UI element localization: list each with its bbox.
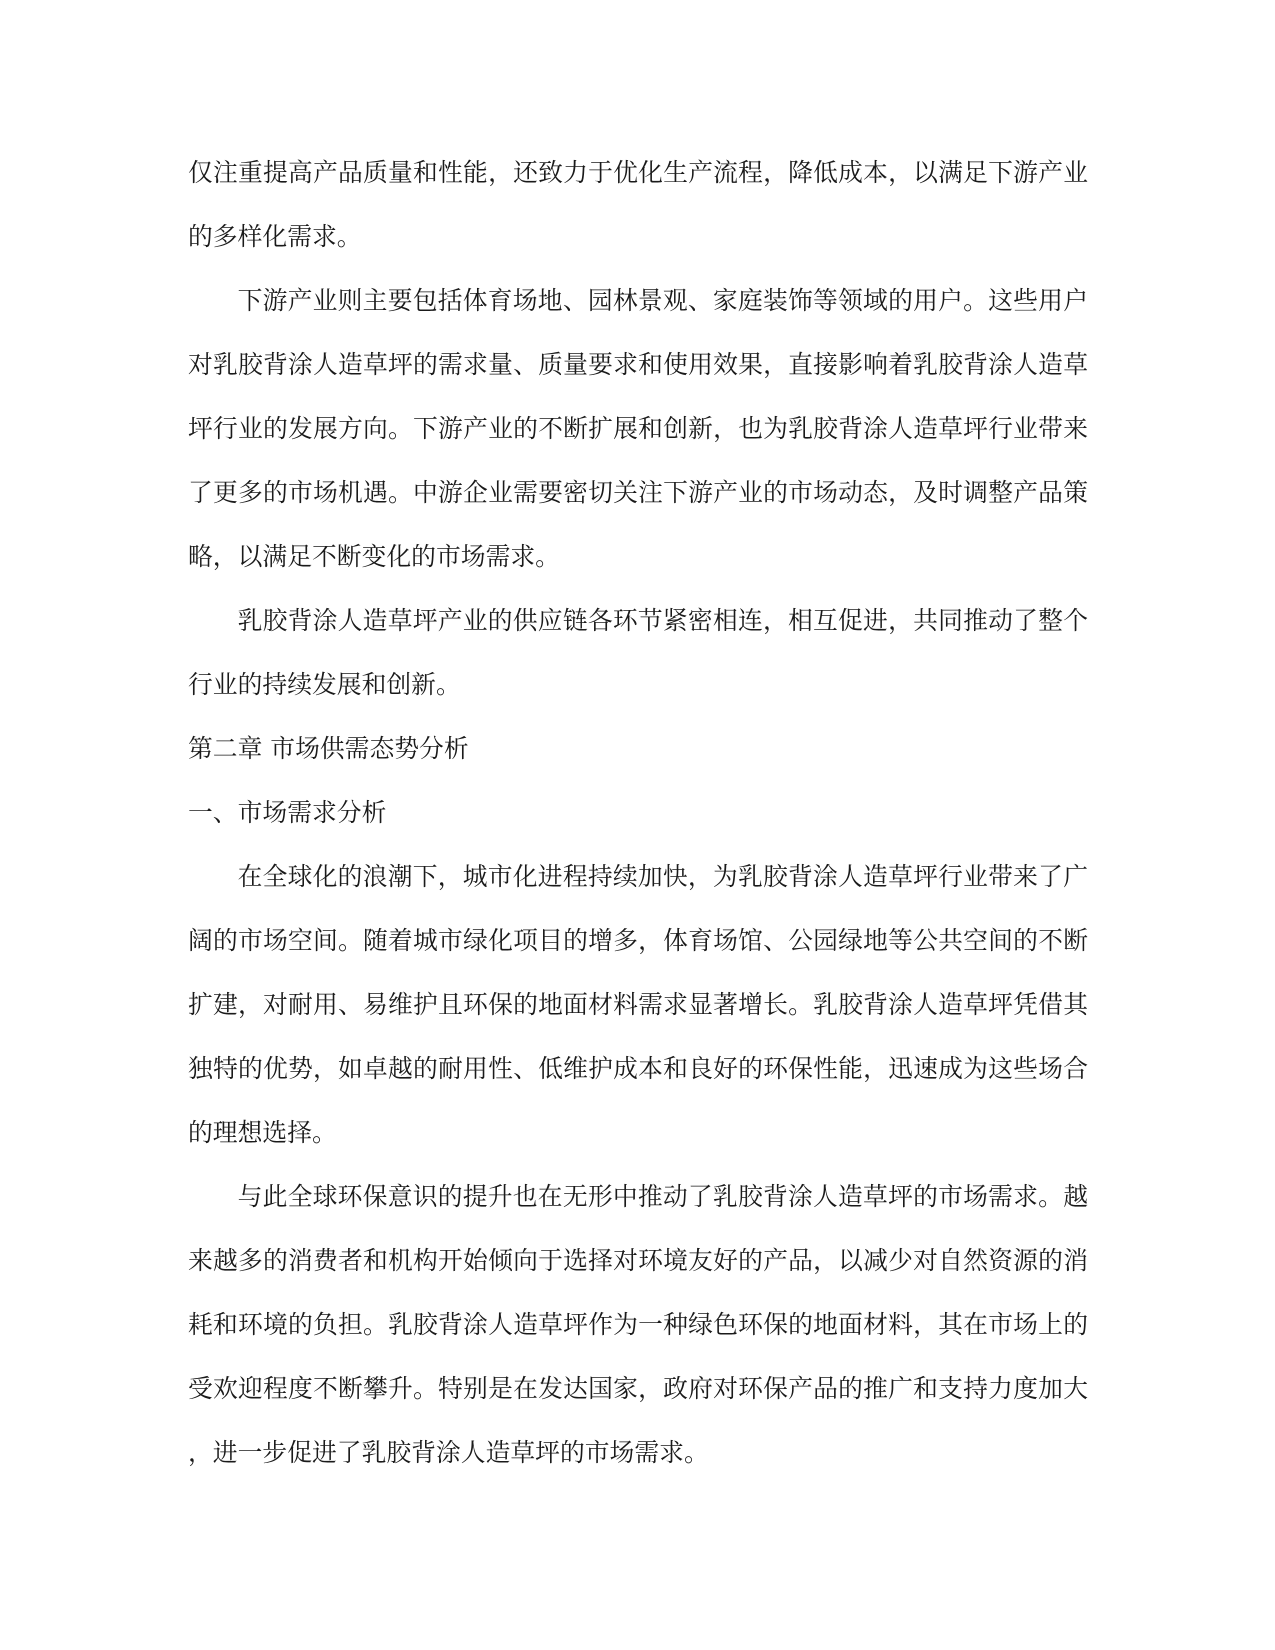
chapter-heading: 第二章 市场供需态势分析 <box>188 717 1088 781</box>
body-text-line: 在全球化的浪潮下，城市化进程持续加快，为乳胶背涂人造草坪行业带来了广 <box>188 845 1088 909</box>
body-text-line: 对乳胶背涂人造草坪的需求量、质量要求和使用效果，直接影响着乳胶背涂人造草 <box>188 333 1088 397</box>
body-text-line: ，进一步促进了乳胶背涂人造草坪的市场需求。 <box>188 1421 1088 1485</box>
text-column: 仅注重提高产品质量和性能，还致力于优化生产流程，降低成本，以满足下游产业 的多样… <box>188 141 1088 1485</box>
body-text-line: 行业的持续发展和创新。 <box>188 653 1088 717</box>
paragraph-market-demand-environment: 与此全球环保意识的提升也在无形中推动了乳胶背涂人造草坪的市场需求。越 来越多的消… <box>188 1165 1088 1485</box>
body-text-line: 扩建，对耐用、易维护且环保的地面材料需求显著增长。乳胶背涂人造草坪凭借其 <box>188 973 1088 1037</box>
body-text-line: 的理想选择。 <box>188 1101 1088 1165</box>
document-page: 仅注重提高产品质量和性能，还致力于优化生产流程，降低成本，以满足下游产业 的多样… <box>0 0 1275 1650</box>
body-text-line: 下游产业则主要包括体育场地、园林景观、家庭装饰等领域的用户。这些用户 <box>188 269 1088 333</box>
body-text-line: 略，以满足不断变化的市场需求。 <box>188 525 1088 589</box>
paragraph-supply-chain: 乳胶背涂人造草坪产业的供应链各环节紧密相连，相互促进，共同推动了整个 行业的持续… <box>188 589 1088 717</box>
section-heading: 一、市场需求分析 <box>188 781 1088 845</box>
paragraph-downstream-industry: 下游产业则主要包括体育场地、园林景观、家庭装饰等领域的用户。这些用户 对乳胶背涂… <box>188 269 1088 589</box>
paragraph-carryover: 仅注重提高产品质量和性能，还致力于优化生产流程，降低成本，以满足下游产业 的多样… <box>188 141 1088 269</box>
body-text-line: 耗和环境的负担。乳胶背涂人造草坪作为一种绿色环保的地面材料，其在市场上的 <box>188 1293 1088 1357</box>
body-text-line: 受欢迎程度不断攀升。特别是在发达国家，政府对环保产品的推广和支持力度加大 <box>188 1357 1088 1421</box>
body-text-line: 与此全球环保意识的提升也在无形中推动了乳胶背涂人造草坪的市场需求。越 <box>188 1165 1088 1229</box>
body-text-line: 乳胶背涂人造草坪产业的供应链各环节紧密相连，相互促进，共同推动了整个 <box>188 589 1088 653</box>
body-text-line: 坪行业的发展方向。下游产业的不断扩展和创新，也为乳胶背涂人造草坪行业带来 <box>188 397 1088 461</box>
body-text-line: 了更多的市场机遇。中游企业需要密切关注下游产业的市场动态，及时调整产品策 <box>188 461 1088 525</box>
body-text-line: 的多样化需求。 <box>188 205 1088 269</box>
body-text-line: 独特的优势，如卓越的耐用性、低维护成本和良好的环保性能，迅速成为这些场合 <box>188 1037 1088 1101</box>
body-text-line: 阔的市场空间。随着城市绿化项目的增多，体育场馆、公园绿地等公共空间的不断 <box>188 909 1088 973</box>
paragraph-market-demand-urbanization: 在全球化的浪潮下，城市化进程持续加快，为乳胶背涂人造草坪行业带来了广 阔的市场空… <box>188 845 1088 1165</box>
body-text-line: 来越多的消费者和机构开始倾向于选择对环境友好的产品，以减少对自然资源的消 <box>188 1229 1088 1293</box>
body-text-line: 仅注重提高产品质量和性能，还致力于优化生产流程，降低成本，以满足下游产业 <box>188 141 1088 205</box>
